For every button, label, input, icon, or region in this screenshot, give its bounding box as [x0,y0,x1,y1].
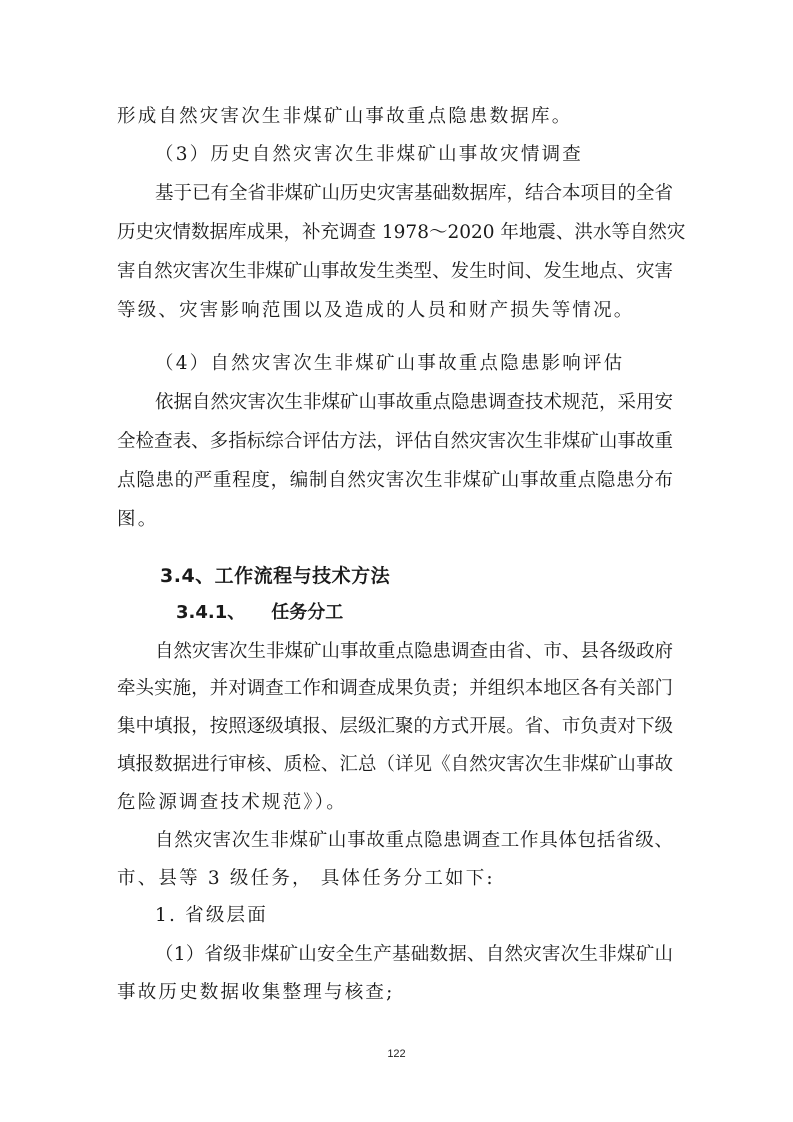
section-number: 3.4、 [160,565,215,587]
subsection-number: 3.4.1、 [176,602,245,623]
text-line: 自然灾害次生非煤矿山事故重点隐患调查工作具体包括省级、 [155,829,673,853]
subsection-heading-3-4-1: 3.4.1、任务分工 [176,601,343,625]
text-line: 自然灾害次生非煤矿山事故重点隐患调查由省、市、县各级政府 [155,640,673,664]
text-line: 集中填报，按照逐级填报、层级汇聚的方式开展。省、市负责对下级 [117,715,673,739]
text-line: 市、县等 3 级任务， 具体任务分工如下: [117,867,673,891]
subsection-title: 任务分工 [271,602,343,623]
text-line: 形成自然灾害次生非煤矿山事故重点隐患数据库。 [117,105,673,129]
text-line: 历史灾情数据库成果，补充调查 1978～2020 年地震、洪水等自然灾 [117,221,673,245]
text-line: 依据自然灾害次生非煤矿山事故重点隐患调查技术规范，采用安 [155,391,673,415]
text-line: 害自然灾害次生非煤矿山事故发生类型、发生时间、发生地点、灾害 [117,260,673,284]
text-line: 事故历史数据收集整理与核查; [117,981,673,1005]
text-line: 牵头实施，并对调查工作和调查成果负责；并组织本地区各有关部门 [117,677,673,701]
text-line: （3）历史自然灾害次生非煤矿山事故灾情调查 [155,143,673,167]
section-title: 工作流程与技术方法 [215,565,391,587]
text-line: 全检查表、多指标综合评估方法，评估自然灾害次生非煤矿山事故重 [117,430,673,454]
text-line: （4）自然灾害次生非煤矿山事故重点隐患影响评估 [155,352,673,376]
text-line: 1. 省级层面 [155,904,673,928]
text-line: 基于已有全省非煤矿山历史灾害基础数据库，结合本项目的全省 [155,182,673,206]
text-line: （1）省级非煤矿山安全生产基础数据、自然灾害次生非煤矿山 [155,943,673,967]
text-line: 填报数据进行审核、质检、汇总（详见《自然灾害次生非煤矿山事故 [117,753,673,777]
text-line: 图。 [117,508,673,532]
text-line: 等级、灾害影响范围以及造成的人员和财产损失等情况。 [117,299,673,323]
section-heading-3-4: 3.4、工作流程与技术方法 [160,564,390,588]
text-line: 危险源调查技术规范》）。 [117,791,673,815]
text-line: 点隐患的严重程度，编制自然灾害次生非煤矿山事故重点隐患分布 [117,469,673,493]
page-number: 122 [0,1048,793,1060]
